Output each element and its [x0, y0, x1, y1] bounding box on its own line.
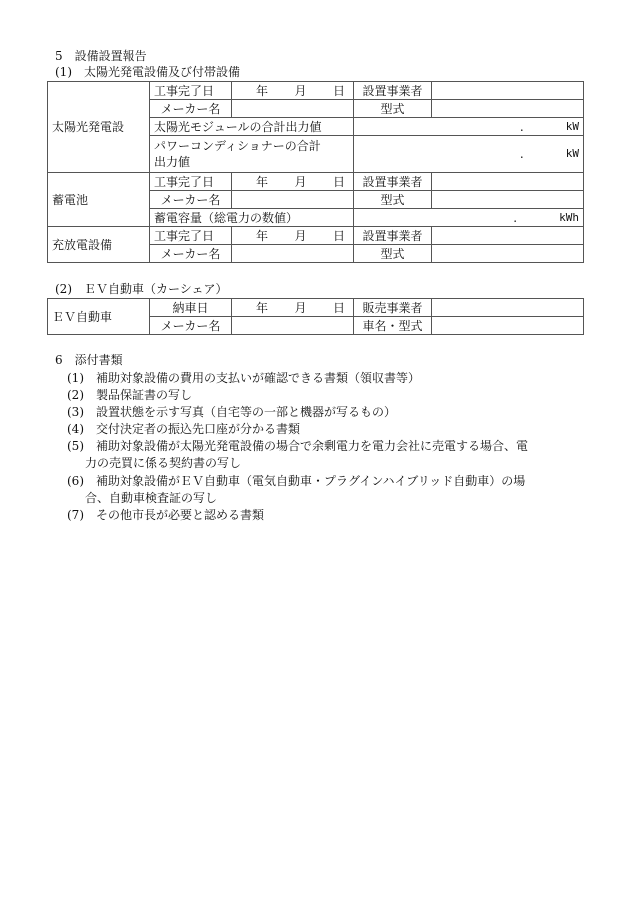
ev-maker-label: メーカー名 [150, 317, 232, 335]
solar-model-field[interactable] [432, 100, 584, 118]
charger-installer-label: 設置事業者 [354, 227, 432, 245]
section5-title: 5 設備設置報告 [55, 48, 147, 64]
charger-maker-field[interactable] [232, 245, 354, 263]
battery-maker-label: メーカー名 [150, 191, 232, 209]
battery-model-field[interactable] [432, 191, 584, 209]
solar-model-label: 型式 [354, 100, 432, 118]
attachment-item-1: (1) 補助対象設備の費用の支払いが確認できる書類（領収書等） [67, 370, 420, 386]
table-row: 蓄電池 工事完了日 年月日 設置事業者 [48, 173, 584, 191]
battery-completion-date[interactable]: 年月日 [232, 173, 354, 191]
solar-installer-field[interactable] [432, 82, 584, 100]
ev-category: ＥＶ自動車 [48, 299, 150, 335]
attachment-item-3: (3) 設置状態を示す写真（自宅等の一部と機器が写るもの） [67, 404, 396, 420]
equipment-table: 太陽光発電設 工事完了日 年月日 設置事業者 メーカー名 型式 太陽光モジュール… [47, 81, 584, 263]
battery-model-label: 型式 [354, 191, 432, 209]
attachment-item-4: (4) 交付決定者の振込先口座が分かる書類 [67, 421, 300, 437]
battery-category: 蓄電池 [48, 173, 150, 227]
solar-completion-label: 工事完了日 [150, 82, 232, 100]
ev-maker-field[interactable] [232, 317, 354, 335]
solar-pcs-output-label: パワーコンディショナーの合計出力値 [150, 136, 354, 173]
ev-model-label: 車名・型式 [354, 317, 432, 335]
battery-installer-label: 設置事業者 [354, 173, 432, 191]
ev-table: ＥＶ自動車 納車日 年月日 販売事業者 メーカー名 車名・型式 [47, 298, 584, 335]
battery-installer-field[interactable] [432, 173, 584, 191]
attachment-item-2: (2) 製品保証書の写し [67, 387, 192, 403]
ev-dealer-label: 販売事業者 [354, 299, 432, 317]
charger-maker-label: メーカー名 [150, 245, 232, 263]
ev-dealer-field[interactable] [432, 299, 584, 317]
solar-category: 太陽光発電設 [48, 82, 150, 173]
subsection1-title: (1) 太陽光発電設備及び付帯設備 [55, 64, 240, 80]
attachment-item-6: (6) 補助対象設備がＥＶ自動車（電気自動車・プラグインハイブリッド自動車）の場 [67, 473, 525, 489]
solar-maker-label: メーカー名 [150, 100, 232, 118]
solar-installer-label: 設置事業者 [354, 82, 432, 100]
charger-completion-label: 工事完了日 [150, 227, 232, 245]
ev-model-field[interactable] [432, 317, 584, 335]
ev-delivery-label: 納車日 [150, 299, 232, 317]
solar-pcs-output-field[interactable]: .kW [354, 136, 584, 173]
ev-delivery-date[interactable]: 年月日 [232, 299, 354, 317]
charger-installer-field[interactable] [432, 227, 584, 245]
battery-completion-label: 工事完了日 [150, 173, 232, 191]
table-row: ＥＶ自動車 納車日 年月日 販売事業者 [48, 299, 584, 317]
attachment-item-5-cont: 力の売買に係る契約書の写し [85, 455, 241, 471]
charger-model-label: 型式 [354, 245, 432, 263]
battery-capacity-label: 蓄電容量（総電力の数値） [150, 209, 354, 227]
solar-completion-date[interactable]: 年月日 [232, 82, 354, 100]
solar-module-output-field[interactable]: .kW [354, 118, 584, 136]
battery-maker-field[interactable] [232, 191, 354, 209]
attachment-item-7: (7) その他市長が必要と認める書類 [67, 507, 264, 523]
attachment-item-6-cont: 合、自動車検査証の写し [85, 490, 217, 506]
solar-module-output-label: 太陽光モジュールの合計出力値 [150, 118, 354, 136]
charger-category: 充放電設備 [48, 227, 150, 263]
charger-completion-date[interactable]: 年月日 [232, 227, 354, 245]
section6-title: 6 添付書類 [55, 352, 123, 368]
battery-capacity-field[interactable]: .kWh [354, 209, 584, 227]
attachment-item-5: (5) 補助対象設備が太陽光発電設備の場合で余剰電力を電力会社に売電する場合、電 [67, 438, 528, 454]
solar-maker-field[interactable] [232, 100, 354, 118]
document-page: 5 設備設置報告 (1) 太陽光発電設備及び付帯設備 太陽光発電設 工事完了日 … [0, 0, 630, 903]
subsection2-title: (2) ＥＶ自動車（カーシェア） [55, 281, 228, 297]
table-row: 充放電設備 工事完了日 年月日 設置事業者 [48, 227, 584, 245]
table-row: 太陽光発電設 工事完了日 年月日 設置事業者 [48, 82, 584, 100]
charger-model-field[interactable] [432, 245, 584, 263]
